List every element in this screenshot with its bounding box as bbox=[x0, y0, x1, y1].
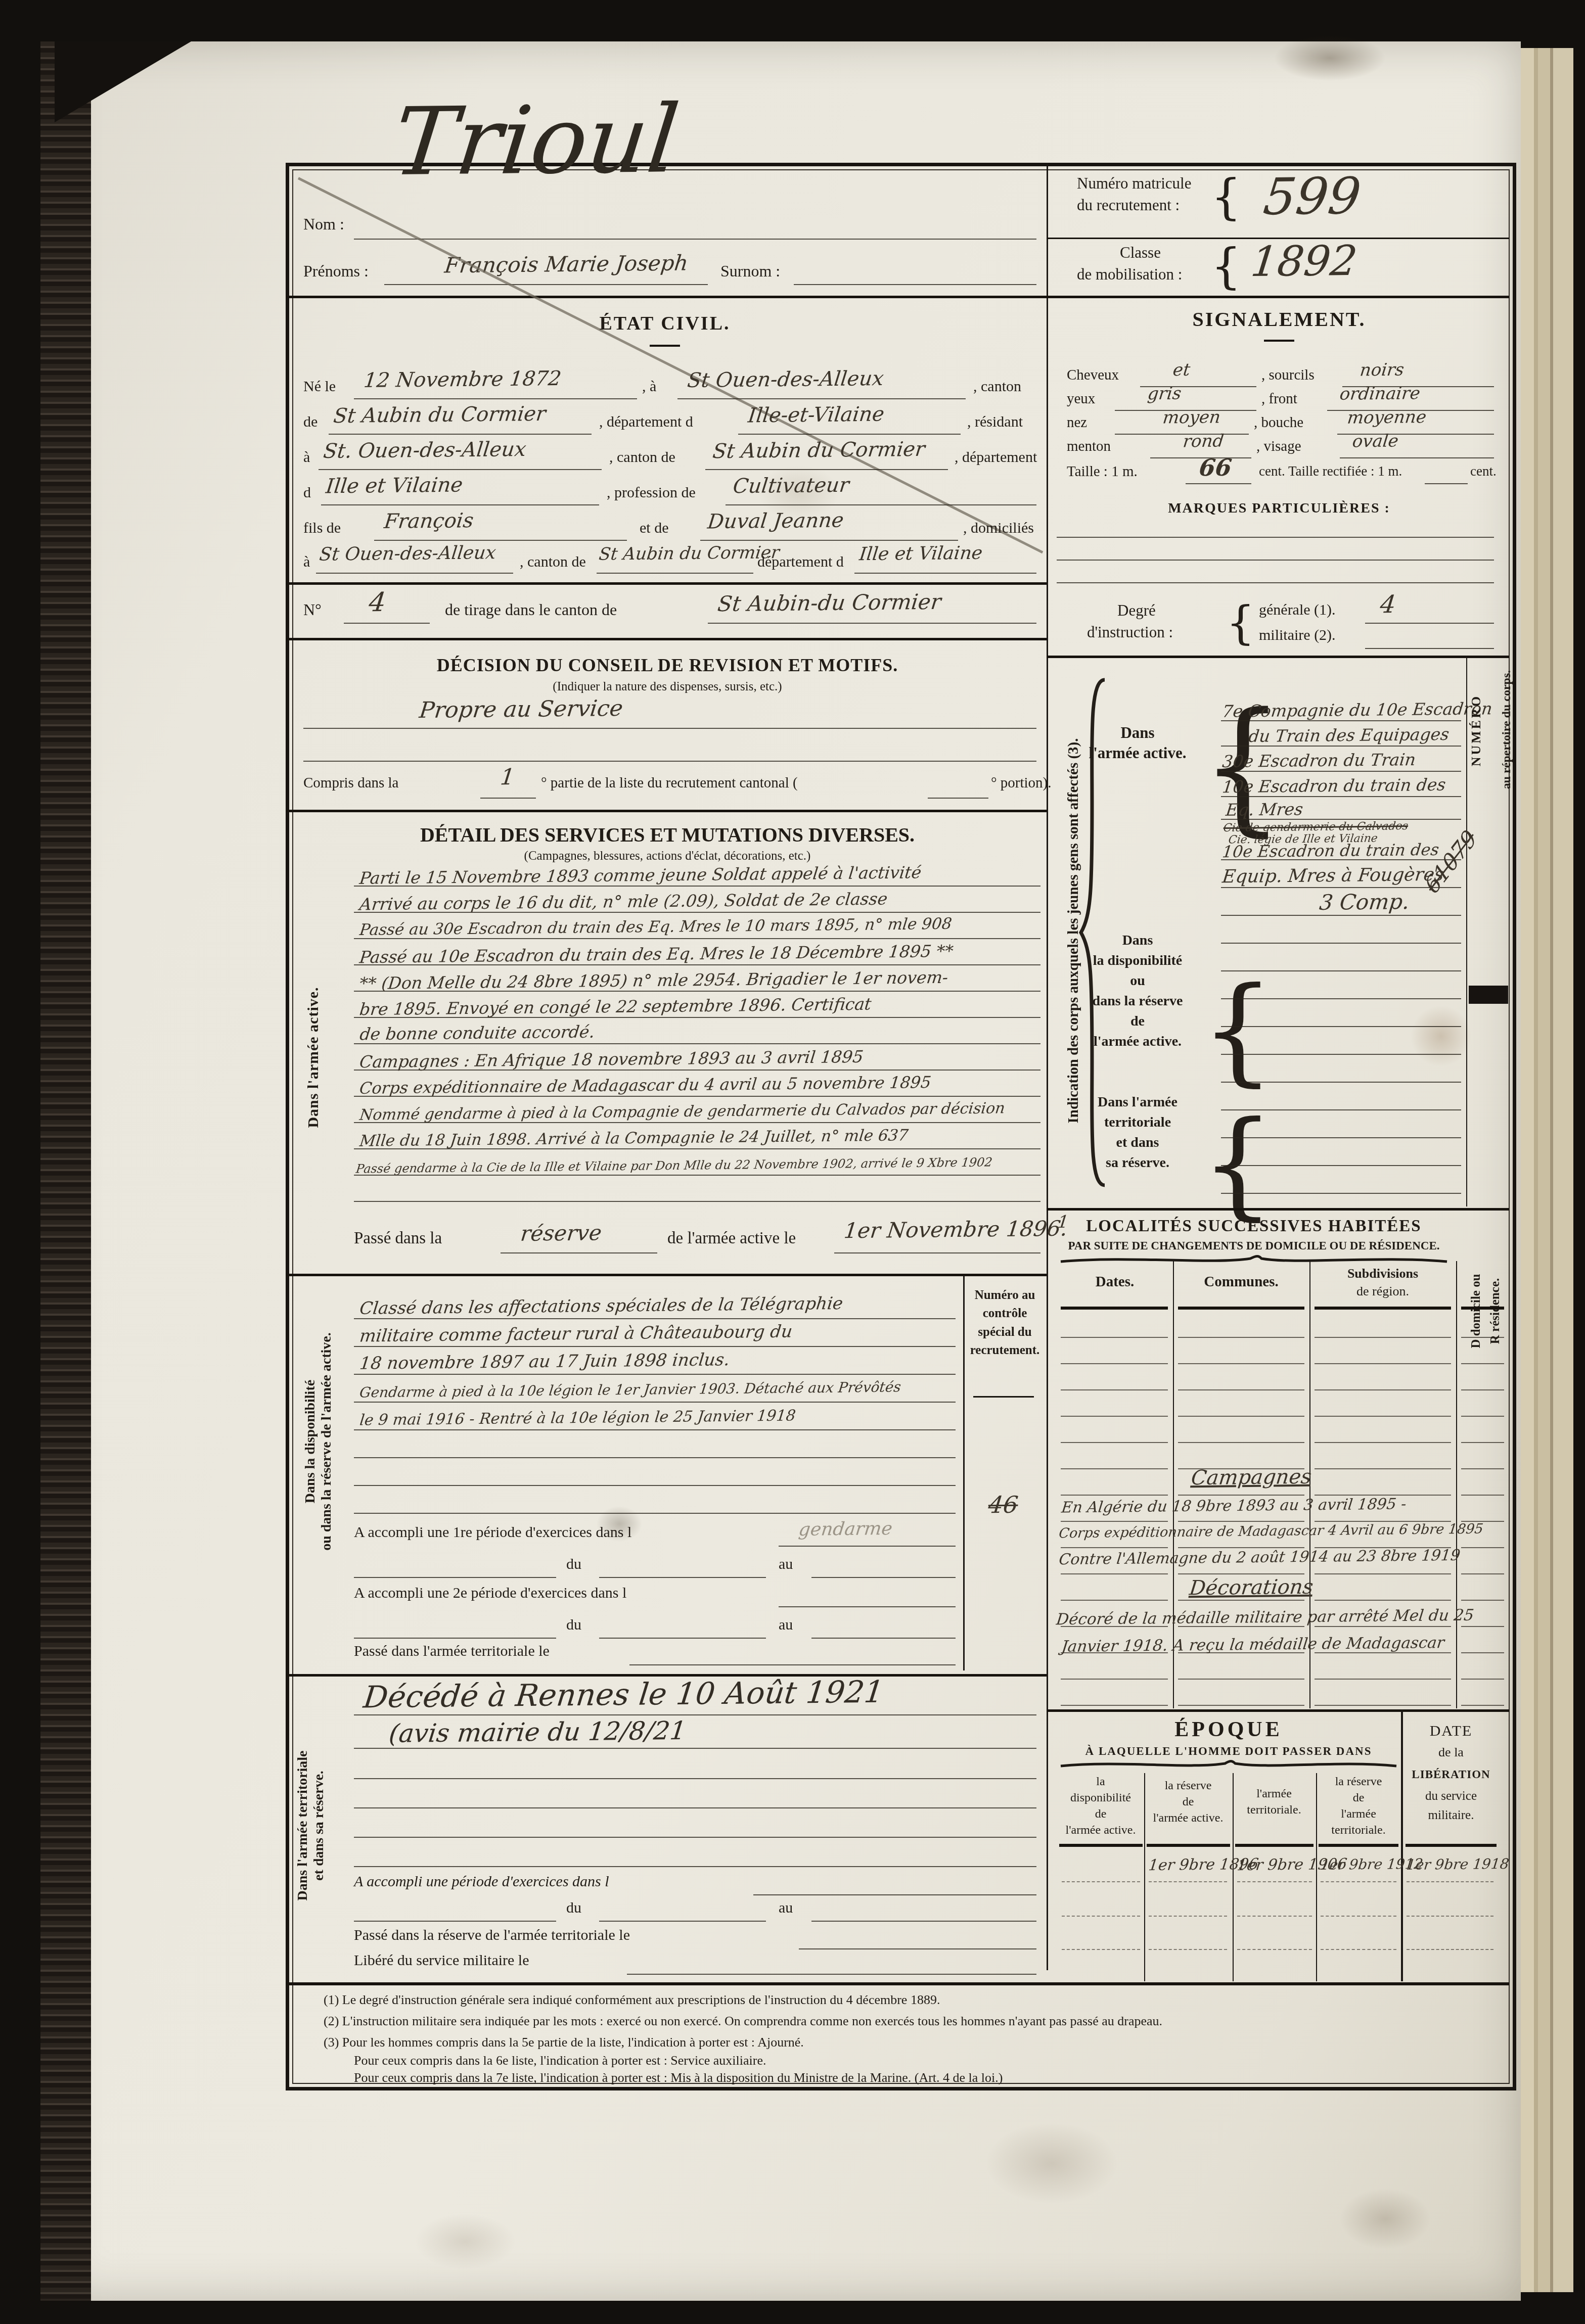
section-divider bbox=[1047, 1208, 1509, 1211]
rule-line bbox=[480, 798, 536, 799]
etatcivil-value: St Ouen-des-Alleux bbox=[686, 367, 885, 392]
title-rule bbox=[1264, 340, 1294, 342]
section-divider bbox=[286, 810, 1047, 812]
campagnes-title: Campagnes bbox=[1136, 1465, 1367, 1491]
epoque-header: disponibilité bbox=[1058, 1791, 1144, 1805]
corps-dispo-label: de bbox=[1092, 1013, 1183, 1030]
rule-line bbox=[354, 1807, 1036, 1808]
header-rule bbox=[1461, 1307, 1504, 1310]
corps-dispo-label: l'armée active. bbox=[1072, 1034, 1203, 1050]
etatcivil-value: St Aubin du Cormier bbox=[711, 438, 926, 463]
taille-label-3: cent. bbox=[1470, 463, 1497, 479]
rule-line bbox=[1365, 648, 1494, 649]
signalement-value: gris bbox=[1147, 384, 1183, 404]
passe-reserve-v1: réserve bbox=[519, 1220, 603, 1246]
nom-value: Trioul bbox=[388, 84, 685, 197]
date-col-header: du service bbox=[1406, 1789, 1497, 1803]
rule-line bbox=[627, 1974, 1036, 1975]
rule-line bbox=[1221, 1165, 1461, 1166]
services-side-label: Dans l'armée active. bbox=[305, 956, 322, 1158]
rule-line bbox=[354, 1866, 1036, 1867]
rule-line bbox=[629, 1664, 956, 1665]
etatcivil-value: Duval Jeanne bbox=[706, 509, 845, 534]
signalement-value: moyen bbox=[1162, 407, 1222, 428]
campagne-line: En Algérie du 18 9bre 1893 au 3 avril 18… bbox=[1061, 1495, 1408, 1516]
col-communes: Communes. bbox=[1178, 1274, 1304, 1290]
col-subdiv-1: Subdivisions bbox=[1315, 1266, 1451, 1281]
rule-line bbox=[1057, 582, 1494, 583]
rule-line bbox=[597, 573, 753, 574]
date-col-header: de la bbox=[1406, 1745, 1497, 1760]
service-line: de bonne conduite accordé. bbox=[359, 1022, 596, 1044]
dashed-row bbox=[1407, 1916, 1493, 1917]
rule-line bbox=[794, 284, 1036, 285]
header-rule bbox=[1178, 1307, 1304, 1310]
brace-icon: { bbox=[1211, 239, 1241, 294]
etatcivil-label: , canton de bbox=[520, 553, 586, 571]
footnote: (2) L'instruction militaire sera indiqué… bbox=[324, 2014, 1162, 2029]
rule-line bbox=[354, 1374, 956, 1375]
terr-p-label: A accompli une période d'exercices dans … bbox=[354, 1873, 609, 1890]
classe-value: 1892 bbox=[1249, 237, 1360, 286]
dispo-side-label: Dans la disponibilité ou dans la réserve… bbox=[302, 1234, 335, 1649]
classe-label-2: de mobilisation : bbox=[1077, 265, 1182, 284]
taille-label: Taille : 1 m. bbox=[1067, 463, 1138, 480]
dashed-row bbox=[1237, 1881, 1312, 1882]
taille-label-2: cent. Taille rectifiée : 1 m. bbox=[1259, 463, 1402, 479]
book-binding-edge bbox=[40, 41, 91, 2301]
corps-entry: Equip. Mres à Fougères bbox=[1221, 864, 1445, 888]
rule-line bbox=[384, 284, 708, 285]
rule-line bbox=[1221, 1137, 1461, 1138]
etatcivil-value: 12 Novembre 1872 bbox=[363, 367, 562, 392]
rule-line bbox=[354, 1457, 956, 1458]
corps-terr-label: territoriale bbox=[1072, 1114, 1203, 1131]
scanned-register-page: Nom : Trioul Prénoms : François Marie Jo… bbox=[0, 0, 1585, 2324]
corps-entry: Eq. Mres bbox=[1225, 799, 1304, 820]
table-rows bbox=[1461, 1312, 1504, 1706]
dashed-row bbox=[1237, 1916, 1312, 1917]
rule-line bbox=[354, 239, 1036, 240]
dispo-side-label-2: ou dans la réserve de l'armée active. bbox=[319, 1234, 335, 1649]
rule-line bbox=[811, 1921, 1036, 1922]
section-divider bbox=[1047, 1709, 1509, 1712]
etatcivil-label: de bbox=[303, 413, 318, 431]
rule-line bbox=[1365, 623, 1494, 624]
terr-reserve-label: Passé dans la réserve de l'armée territo… bbox=[354, 1927, 630, 1944]
repertoire-label-2: au répertoire du corps. bbox=[1500, 654, 1514, 806]
rule-line bbox=[834, 1252, 1040, 1253]
etatcivil-label: , domiciliés bbox=[963, 520, 1034, 537]
dashed-row bbox=[1407, 1881, 1493, 1882]
etatcivil-value: St Aubin du Cormier bbox=[598, 542, 781, 565]
corps-active-label-2: l'armée active. bbox=[1072, 744, 1203, 762]
corps-entry: 7e Compagnie du 10e Escadron bbox=[1221, 699, 1493, 721]
terr-side-label: Dans l'armée territoriale et dans sa rés… bbox=[295, 1618, 327, 2033]
rule-line bbox=[319, 469, 602, 470]
repertoire-divider bbox=[1466, 656, 1467, 1206]
scroll-divider bbox=[1059, 1252, 1448, 1266]
rule-line bbox=[1221, 887, 1461, 888]
col-subdiv-2: de région. bbox=[1315, 1284, 1451, 1299]
au-label: au bbox=[779, 1616, 793, 1634]
epoque-header: l'armée bbox=[1234, 1787, 1315, 1801]
decorations-title: Décorations bbox=[1136, 1575, 1367, 1601]
rule-line bbox=[1186, 483, 1251, 484]
epoque-title: ÉPOQUE bbox=[1062, 1717, 1395, 1742]
rule-line bbox=[303, 728, 1036, 729]
section-divider bbox=[286, 296, 1047, 298]
dashed-row bbox=[1149, 1916, 1227, 1917]
scroll-divider bbox=[1059, 1758, 1398, 1770]
prenoms-value: François Marie Joseph bbox=[443, 250, 690, 277]
etatcivil-label: d bbox=[303, 484, 311, 501]
controle-value: 46 bbox=[987, 1491, 1020, 1519]
rule-line bbox=[354, 398, 637, 399]
etatcivil-label: , département d bbox=[599, 413, 693, 431]
rule-line bbox=[1221, 1054, 1461, 1055]
etatcivil-label: , à bbox=[642, 378, 656, 395]
passe-reserve-mid: de l'armée active le bbox=[667, 1229, 796, 1248]
brace-icon: { bbox=[1226, 596, 1255, 649]
corps-entry: du Train des Equipages bbox=[1248, 724, 1451, 746]
etatcivil-label: Né le bbox=[303, 378, 336, 395]
etatcivil-label: , canton bbox=[973, 378, 1021, 395]
compris-pre: Compris dans la bbox=[303, 775, 399, 792]
compris-value: 1 bbox=[499, 764, 516, 790]
signalement-value: rond bbox=[1182, 431, 1225, 452]
footnote: (1) Le degré d'instruction générale sera… bbox=[324, 1992, 940, 2008]
rule-line bbox=[1221, 1082, 1461, 1083]
corps-entry: 30e Escadron du Train bbox=[1221, 750, 1417, 771]
etatcivil-label: à bbox=[303, 553, 310, 571]
etatcivil-label: , département bbox=[955, 449, 1037, 466]
degre-label-2: d'instruction : bbox=[1087, 623, 1173, 641]
surnom-label: Surnom : bbox=[720, 262, 780, 281]
rule-line bbox=[303, 761, 1036, 762]
compris-mid: ° partie de la liste du recrutement cant… bbox=[541, 775, 798, 792]
rule-line bbox=[354, 1513, 956, 1514]
matricule-label: Numéro matricule bbox=[1077, 174, 1191, 193]
etatcivil-value: Ille-et-Vilaine bbox=[747, 403, 885, 428]
epoque-header: la bbox=[1058, 1775, 1144, 1789]
corps-entry: 3 Comp. bbox=[1318, 889, 1411, 915]
rule-line bbox=[329, 434, 592, 435]
footnote: (3) Pour les hommes compris dans la 5e p… bbox=[324, 2035, 804, 2050]
epoque-header: la réserve bbox=[1317, 1775, 1400, 1789]
rule-line bbox=[854, 573, 1036, 574]
etatcivil-value: St. Ouen-des-Alleux bbox=[322, 438, 527, 463]
nom-label: Nom : bbox=[303, 215, 344, 234]
signalement-label: yeux bbox=[1067, 391, 1095, 407]
rule-line bbox=[321, 504, 599, 505]
degre-label-1: Degré bbox=[1117, 601, 1156, 620]
epoque-subtitle: À LAQUELLE L'HOMME DOIT PASSER DANS bbox=[1057, 1745, 1400, 1758]
brace-icon: { bbox=[1201, 963, 1275, 1098]
epoque-header: de bbox=[1058, 1807, 1144, 1821]
header-rule bbox=[1319, 1844, 1398, 1847]
date-col-header: militaire. bbox=[1406, 1808, 1497, 1823]
rule-line bbox=[1221, 1193, 1461, 1194]
rule-line bbox=[354, 1778, 1036, 1779]
deces-line-2: (avis mairie du 12/8/21 bbox=[387, 1716, 688, 1748]
title-rule bbox=[650, 345, 680, 347]
rule-line bbox=[1221, 1109, 1461, 1110]
corps-terr-label: sa réserve. bbox=[1072, 1155, 1203, 1171]
brace-icon: { bbox=[1201, 1097, 1275, 1232]
controle-box-border bbox=[963, 1276, 965, 1670]
etatcivil-label: département d bbox=[757, 553, 844, 571]
libere-label: Libéré du service militaire le bbox=[354, 1952, 529, 1969]
localites-subtitle: PAR SUITE DE CHANGEMENTS DE DOMICILE OU … bbox=[1057, 1239, 1451, 1252]
tirage-value: St Aubin-du Cormier bbox=[716, 589, 942, 617]
terr-passage-label: Passé dans l'armée territoriale le bbox=[354, 1643, 550, 1660]
controle-label: Numéro au contrôle spécial du recrutemen… bbox=[968, 1286, 1041, 1360]
rule-line bbox=[1221, 1026, 1461, 1027]
signalement-value: ovale bbox=[1351, 431, 1400, 452]
rule-line bbox=[354, 1921, 556, 1922]
rule-line bbox=[354, 1485, 956, 1486]
rule-line bbox=[677, 398, 966, 399]
header-rule bbox=[1406, 1844, 1497, 1847]
rule-line bbox=[316, 573, 513, 574]
tirage-label: de tirage dans le canton de bbox=[445, 600, 617, 619]
signalement-label: , bouche bbox=[1254, 414, 1303, 431]
dashed-row bbox=[1321, 1916, 1396, 1917]
p1-value: gendarme bbox=[798, 1518, 894, 1540]
rule-line bbox=[354, 1318, 956, 1319]
signalement-label: , sourcils bbox=[1261, 367, 1315, 384]
page-stack-edges bbox=[1521, 48, 1573, 2292]
rule-line bbox=[354, 1429, 956, 1430]
signalement-label: Cheveux bbox=[1067, 367, 1119, 384]
rule-line bbox=[354, 1638, 556, 1639]
rule-line bbox=[1340, 457, 1494, 458]
column-divider bbox=[1047, 163, 1048, 1970]
rule-line bbox=[1115, 434, 1249, 435]
rule-line bbox=[354, 1748, 1036, 1749]
dashed-row bbox=[1321, 1949, 1396, 1950]
corps-terr-label: Dans l'armée bbox=[1072, 1094, 1203, 1110]
marques-title: MARQUES PARTICULIÈRES : bbox=[1087, 500, 1471, 517]
corps-dispo-label: Dans bbox=[1092, 933, 1183, 949]
header-rule bbox=[1059, 1844, 1143, 1847]
epoque-header: de bbox=[1145, 1795, 1231, 1809]
etatcivil-label: fils de bbox=[303, 520, 341, 537]
degre-militaire-label: militaire (2). bbox=[1259, 627, 1336, 644]
signalement-title: SIGNALEMENT. bbox=[1087, 307, 1471, 331]
du-label: du bbox=[566, 1899, 581, 1917]
col-dates: Dates. bbox=[1062, 1274, 1168, 1290]
dashed-row bbox=[1237, 1949, 1312, 1950]
rule-line bbox=[1221, 915, 1461, 916]
table-divider bbox=[1456, 1261, 1457, 1708]
rule-line bbox=[354, 1402, 956, 1403]
section-divider bbox=[286, 582, 1047, 585]
epoque-header: l'armée active. bbox=[1058, 1824, 1144, 1837]
corps-entry: 10e Escadron du train des bbox=[1221, 840, 1440, 861]
epoque-header: territoriale. bbox=[1317, 1824, 1400, 1837]
controle-rule bbox=[973, 1396, 1034, 1398]
compris-post: ° portion). bbox=[991, 775, 1052, 792]
date-col-header: LIBÉRATION bbox=[1406, 1768, 1497, 1781]
signalement-value: noirs bbox=[1359, 360, 1406, 381]
signalement-value: moyenne bbox=[1346, 407, 1428, 428]
rule-line bbox=[1057, 560, 1494, 561]
rule-line bbox=[779, 1546, 956, 1547]
date-col-header: DATE bbox=[1406, 1723, 1497, 1740]
header-rule bbox=[1147, 1844, 1230, 1847]
rule-line bbox=[700, 540, 958, 541]
taille-value: 66 bbox=[1198, 454, 1233, 482]
matricule-value: 599 bbox=[1260, 166, 1364, 226]
rule-line bbox=[354, 938, 1040, 939]
epoque-header: de bbox=[1317, 1791, 1400, 1805]
signalement-value: ordinaire bbox=[1339, 383, 1421, 404]
corps-active-label: Dans bbox=[1092, 724, 1183, 742]
footnote: Pour ceux compris dans la 7e liste, l'in… bbox=[354, 2070, 1003, 2085]
dashed-row bbox=[1407, 1949, 1493, 1950]
degre-generale-label: générale (1). bbox=[1259, 601, 1336, 619]
section-divider bbox=[286, 1274, 1047, 1276]
rule-line bbox=[738, 434, 961, 435]
etatcivil-label: , profession de bbox=[607, 484, 696, 501]
epoque-header: la réserve bbox=[1145, 1779, 1231, 1793]
rule-line bbox=[799, 1948, 1036, 1949]
services-subtitle: (Campagnes, blessures, actions d'éclat, … bbox=[354, 849, 981, 863]
etatcivil-value: St Ouen-des-Alleux bbox=[318, 542, 497, 565]
au-label: au bbox=[779, 1556, 793, 1573]
dispo-line: 18 novembre 1897 au 17 Juin 1898 inclus. bbox=[358, 1350, 731, 1374]
signalement-label: nez bbox=[1067, 414, 1087, 431]
rule-line bbox=[501, 1252, 657, 1253]
rule-line bbox=[354, 1837, 1036, 1838]
rule-line bbox=[599, 1921, 766, 1922]
rule-line bbox=[354, 1346, 956, 1347]
classe-label: Classe bbox=[1120, 244, 1161, 262]
brace-icon: { bbox=[1211, 169, 1241, 225]
etatcivil-value: Cultivateur bbox=[732, 474, 850, 498]
dashed-row bbox=[1149, 1949, 1227, 1950]
etatcivil-label: et de bbox=[640, 520, 668, 537]
du-label: du bbox=[566, 1556, 581, 1573]
rule-line bbox=[1221, 970, 1461, 971]
repertoire-label-1: NUMÉRO bbox=[1469, 665, 1484, 796]
corps-entry: Cie de gendarmerie du Calvados bbox=[1222, 820, 1409, 834]
footnote-divider bbox=[286, 1982, 1509, 1985]
rule-line bbox=[354, 1714, 1036, 1715]
p2-label: A accompli une 2e période d'exercices da… bbox=[354, 1585, 626, 1602]
signalement-label: menton bbox=[1067, 438, 1111, 455]
decision-subtitle: (Indiquer la nature des dispenses, sursi… bbox=[354, 680, 981, 694]
rule-line bbox=[811, 1577, 956, 1578]
signalement-value: et bbox=[1172, 360, 1191, 380]
signalement-label: , visage bbox=[1256, 438, 1301, 455]
du-label: du bbox=[566, 1616, 581, 1634]
dashed-row bbox=[1062, 1881, 1140, 1882]
section-divider bbox=[286, 638, 1047, 640]
header-rule bbox=[1061, 1307, 1168, 1310]
epoque-header: territoriale. bbox=[1234, 1803, 1315, 1817]
passe-reserve-v2: 1er Novembre 1896. bbox=[843, 1216, 1069, 1243]
dashed-row bbox=[1149, 1881, 1227, 1882]
epoque-value: 1er 9bre 1918 bbox=[1406, 1855, 1510, 1873]
etatcivil-value: St Aubin du Cormier bbox=[332, 402, 547, 428]
section-divider bbox=[1047, 656, 1509, 658]
dashed-row bbox=[1321, 1881, 1396, 1882]
rule-line bbox=[1425, 483, 1468, 484]
corps-terr-label: et dans bbox=[1072, 1135, 1203, 1151]
rule-line bbox=[708, 623, 1036, 624]
rule-line bbox=[1057, 537, 1494, 538]
rule-line bbox=[599, 1577, 766, 1578]
footnote: Pour ceux compris dans la 6e liste, l'in… bbox=[354, 2053, 766, 2068]
rule-line bbox=[705, 469, 948, 470]
rule-line bbox=[811, 1638, 956, 1639]
corps-entry: 10e Escadron du train des bbox=[1221, 775, 1447, 797]
passe-reserve-pre: Passé dans la bbox=[354, 1229, 442, 1248]
corps-dispo-label: dans la réserve bbox=[1072, 993, 1203, 1009]
prenoms-label: Prénoms : bbox=[303, 262, 369, 281]
epoque-divider bbox=[1401, 1709, 1403, 1981]
dashed-row bbox=[1062, 1916, 1140, 1917]
terr-side-label-1: Dans l'armée territoriale bbox=[295, 1618, 311, 2033]
rule-line bbox=[354, 1577, 556, 1578]
rule-line bbox=[354, 1043, 1040, 1044]
services-title: DÉTAIL DES SERVICES ET MUTATIONS DIVERSE… bbox=[354, 823, 981, 847]
header-rule bbox=[1235, 1844, 1314, 1847]
p1-label: A accompli une 1re période d'exercices d… bbox=[354, 1524, 631, 1541]
rule-line bbox=[1221, 943, 1461, 944]
repertoire-black-bar bbox=[1469, 986, 1508, 1004]
signalement-label: , front bbox=[1261, 391, 1297, 407]
rule-line bbox=[354, 1201, 1040, 1202]
rule-line bbox=[779, 1606, 956, 1607]
etatcivil-value: Ille et Vilaine bbox=[325, 474, 464, 498]
au-label: au bbox=[779, 1899, 793, 1917]
rule-line bbox=[726, 504, 1036, 505]
dashed-row bbox=[1062, 1949, 1140, 1950]
rule-line bbox=[1221, 998, 1461, 999]
rule-line bbox=[1221, 771, 1461, 772]
corps-dispo-label: la disponibilité bbox=[1072, 953, 1203, 969]
etat-civil-title: ÉTAT CIVIL. bbox=[506, 312, 824, 335]
rule-line bbox=[753, 1894, 1036, 1895]
dispo-side-label-1: Dans la disponibilité bbox=[302, 1234, 319, 1649]
epoque-header: l'armée active. bbox=[1145, 1811, 1231, 1825]
corps-dispo-label: ou bbox=[1092, 973, 1183, 989]
matricule-label-2: du recrutement : bbox=[1077, 196, 1180, 214]
etatcivil-value: François bbox=[383, 509, 475, 533]
rule-line bbox=[928, 798, 988, 799]
etatcivil-value: Ille et Vilaine bbox=[858, 543, 984, 565]
rule-line bbox=[599, 1638, 766, 1639]
localites-title: LOCALITÉS SUCCESSIVES HABITÉES bbox=[1062, 1217, 1446, 1236]
terr-side-label-2: et dans sa réserve. bbox=[311, 1618, 327, 2033]
tirage-no-value: 4 bbox=[368, 587, 388, 618]
degre-generale-value: 4 bbox=[1379, 590, 1397, 619]
epoque-header: l'armée bbox=[1317, 1807, 1400, 1821]
tirage-no-label: N° bbox=[303, 600, 322, 619]
rule-line bbox=[374, 540, 627, 541]
decision-title: DÉCISION DU CONSEIL DE REVISION ET MOTIF… bbox=[354, 655, 981, 676]
etatcivil-label: , résidant bbox=[967, 413, 1023, 431]
etatcivil-label: à bbox=[303, 449, 310, 466]
rule-line bbox=[344, 623, 430, 624]
decision-value: Propre au Service bbox=[418, 695, 624, 723]
deces-line-1: Décédé à Rennes le 10 Août 1921 bbox=[361, 1675, 885, 1715]
etatcivil-label: , canton de bbox=[609, 449, 675, 466]
